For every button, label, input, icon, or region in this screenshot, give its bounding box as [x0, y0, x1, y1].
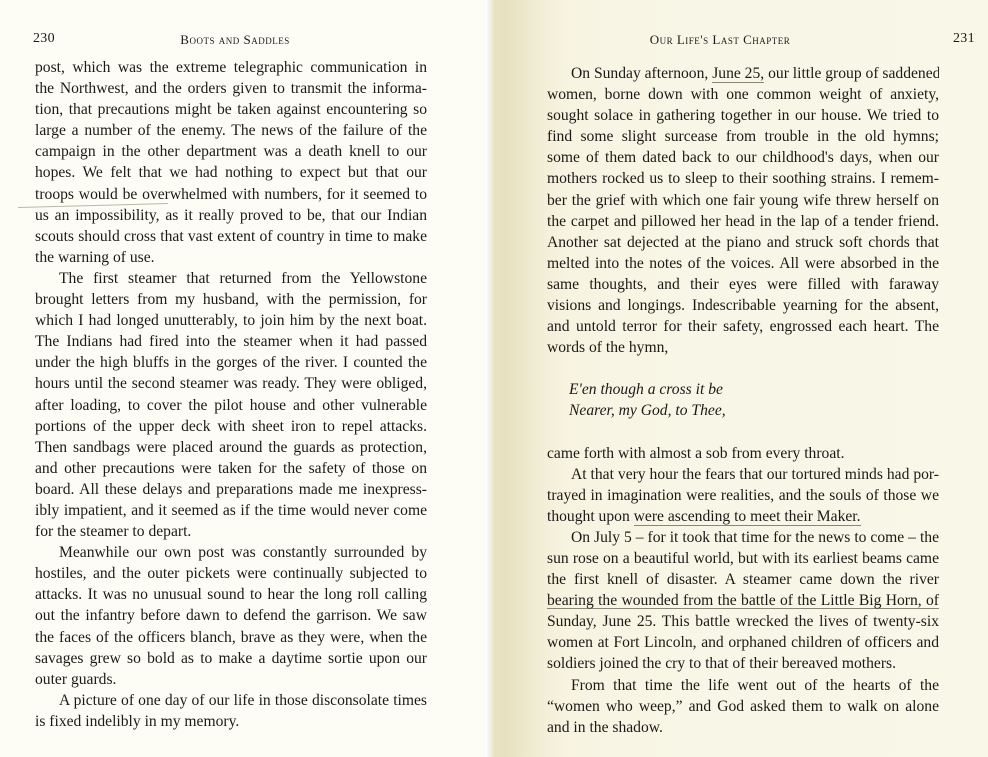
text-line: board. All these delays and preparations… — [35, 479, 427, 500]
text-line: the faces of the officers blanch, brave … — [35, 627, 427, 648]
text-line: From that time the life went out of the … — [547, 675, 939, 696]
text-line: some of them dated back to our childhood… — [547, 147, 939, 168]
text-line: sought solace in gathering together in o… — [547, 105, 939, 126]
running-head-right: Our Life's Last Chapter — [520, 32, 920, 48]
text-line: Another sat dejected at the piano and st… — [547, 232, 939, 253]
text-line: Meanwhile our own post was constantly su… — [35, 542, 427, 563]
text-line: Sunday, June 25. This battle wrecked the… — [547, 611, 939, 632]
paragraph: From that time the life went out of the … — [547, 675, 939, 738]
text-line: large a number of the enemy. The news of… — [35, 120, 427, 141]
text-line: the warning of use. — [35, 247, 427, 268]
text-line: ber the grief with which one fair young … — [547, 190, 939, 211]
running-head-left: Boots and Saddles — [0, 32, 470, 48]
text-line: the first knell of disaster. A steamer c… — [547, 569, 939, 590]
text-line: thought upon were ascending to meet thei… — [547, 506, 939, 527]
text-line: hours until the second steamer was ready… — [35, 373, 427, 394]
text-line: A picture of one day of our life in thos… — [35, 690, 427, 711]
text-line: ibly impatient, and it seemed as if the … — [35, 500, 427, 521]
underlined-line: bearing the wounded from the battle of t… — [547, 590, 939, 611]
text-line: campaign in the other department was a d… — [35, 141, 427, 162]
text-line: after loading, to cover the pilot house … — [35, 395, 427, 416]
text-line: sun rose on a beautiful world, but with … — [547, 548, 939, 569]
text-line: outer guards. — [35, 669, 427, 690]
text-line: and untold terror for their safety, engr… — [547, 316, 939, 337]
text-line: out the infantry before dawn to defend t… — [35, 605, 427, 626]
text-line: savages grew so bold as to make a daytim… — [35, 648, 427, 669]
underlined-phrase: were ascending to meet their Maker. — [634, 508, 861, 526]
text-line: same thoughts, and their eyes were fille… — [547, 274, 939, 295]
page-number-right: 231 — [953, 31, 975, 47]
text-line: under the high bluffs in the gorges of t… — [35, 352, 427, 373]
text-line: for the steamer to depart. — [35, 521, 427, 542]
right-page: Our Life's Last Chapter 231 On Sunday af… — [490, 0, 988, 757]
text-line: tion, that precautions might be taken ag… — [35, 99, 427, 120]
text-line: and other precautions were taken for the… — [35, 458, 427, 479]
text-line: brought letters from my husband, with th… — [35, 289, 427, 310]
text-line: The first steamer that returned from the… — [35, 268, 427, 289]
text-line: At that very hour the fears that our tor… — [547, 464, 939, 485]
right-page-body: On Sunday afternoon, June 25, our little… — [547, 63, 939, 738]
text-line: troops would be overwhelmed with numbers… — [35, 184, 427, 205]
text-line: Then sandbags were placed around the gua… — [35, 437, 427, 458]
text-line: the Northwest, and the orders given to t… — [35, 78, 427, 99]
text-line: us an impossibility, as it really proved… — [35, 205, 427, 226]
text-line: visions and longings. Indescribable year… — [547, 295, 939, 316]
verse-line: Nearer, my God, to Thee, — [569, 400, 939, 421]
text-line: is fixed indelibly in my memory. — [35, 711, 427, 732]
text-line: find some slight surcease from trouble i… — [547, 126, 939, 147]
left-page-body: post, which was the extreme telegraphic … — [35, 57, 427, 732]
text-line: “women who weep,” and God asked them to … — [547, 696, 939, 717]
text-run: thought upon — [547, 508, 630, 525]
text-line: portions of the upper deck with sheet ir… — [35, 416, 427, 437]
text-run: On Sunday afternoon, — [571, 65, 708, 82]
paragraph: On July 5 – for it took that time for th… — [547, 527, 939, 675]
text-line: hostiles, and the outer pickets were con… — [35, 563, 427, 584]
text-line: women at Fort Lincoln, and orphaned chil… — [547, 632, 939, 653]
text-line: hopes. We felt that we had nothing to ex… — [35, 162, 427, 183]
text-line: melted into the notes of the voices. All… — [547, 253, 939, 274]
text-line: and in the shadow. — [547, 717, 939, 738]
text-line: On July 5 – for it took that time for th… — [547, 527, 939, 548]
left-page: 230 Boots and Saddles post, which was th… — [0, 0, 490, 757]
text-line: post, which was the extreme telegraphic … — [35, 57, 427, 78]
text-line: which I had longed unutterably, to join … — [35, 310, 427, 331]
paragraph: At that very hour the fears that our tor… — [547, 464, 939, 527]
text-line: women, borne down with one common weight… — [547, 84, 939, 105]
paragraph: post, which was the extreme telegraphic … — [35, 57, 427, 268]
text-line: attacks. It was no unusual sound to hear… — [35, 584, 427, 605]
text-run: our little group of saddened — [768, 65, 939, 82]
text-line: mothers rocked us to sleep to their soot… — [547, 168, 939, 189]
text-line: On Sunday afternoon, June 25, our little… — [547, 63, 939, 84]
text-line: words of the hymn, — [547, 337, 939, 358]
hymn-verse: E'en though a cross it be Nearer, my God… — [569, 379, 939, 421]
paragraph: The first steamer that returned from the… — [35, 268, 427, 542]
text-line: scouts should cross that vast extent of … — [35, 226, 427, 247]
paragraph: Meanwhile our own post was constantly su… — [35, 542, 427, 690]
text-line: soldiers joined the cry to that of their… — [547, 653, 939, 674]
paragraph: came forth with almost a sob from every … — [547, 443, 939, 464]
paragraph: On Sunday afternoon, June 25, our little… — [547, 63, 939, 358]
underlined-date: June 25, — [712, 65, 764, 83]
text-line: the carpet and pillowed her head in the … — [547, 211, 939, 232]
paragraph: A picture of one day of our life in thos… — [35, 690, 427, 732]
verse-line: E'en though a cross it be — [569, 379, 939, 400]
text-line: came forth with almost a sob from every … — [547, 443, 939, 464]
text-line: trayed in imagination were realities, an… — [547, 485, 939, 506]
text-line: The Indians had fired into the steamer w… — [35, 331, 427, 352]
